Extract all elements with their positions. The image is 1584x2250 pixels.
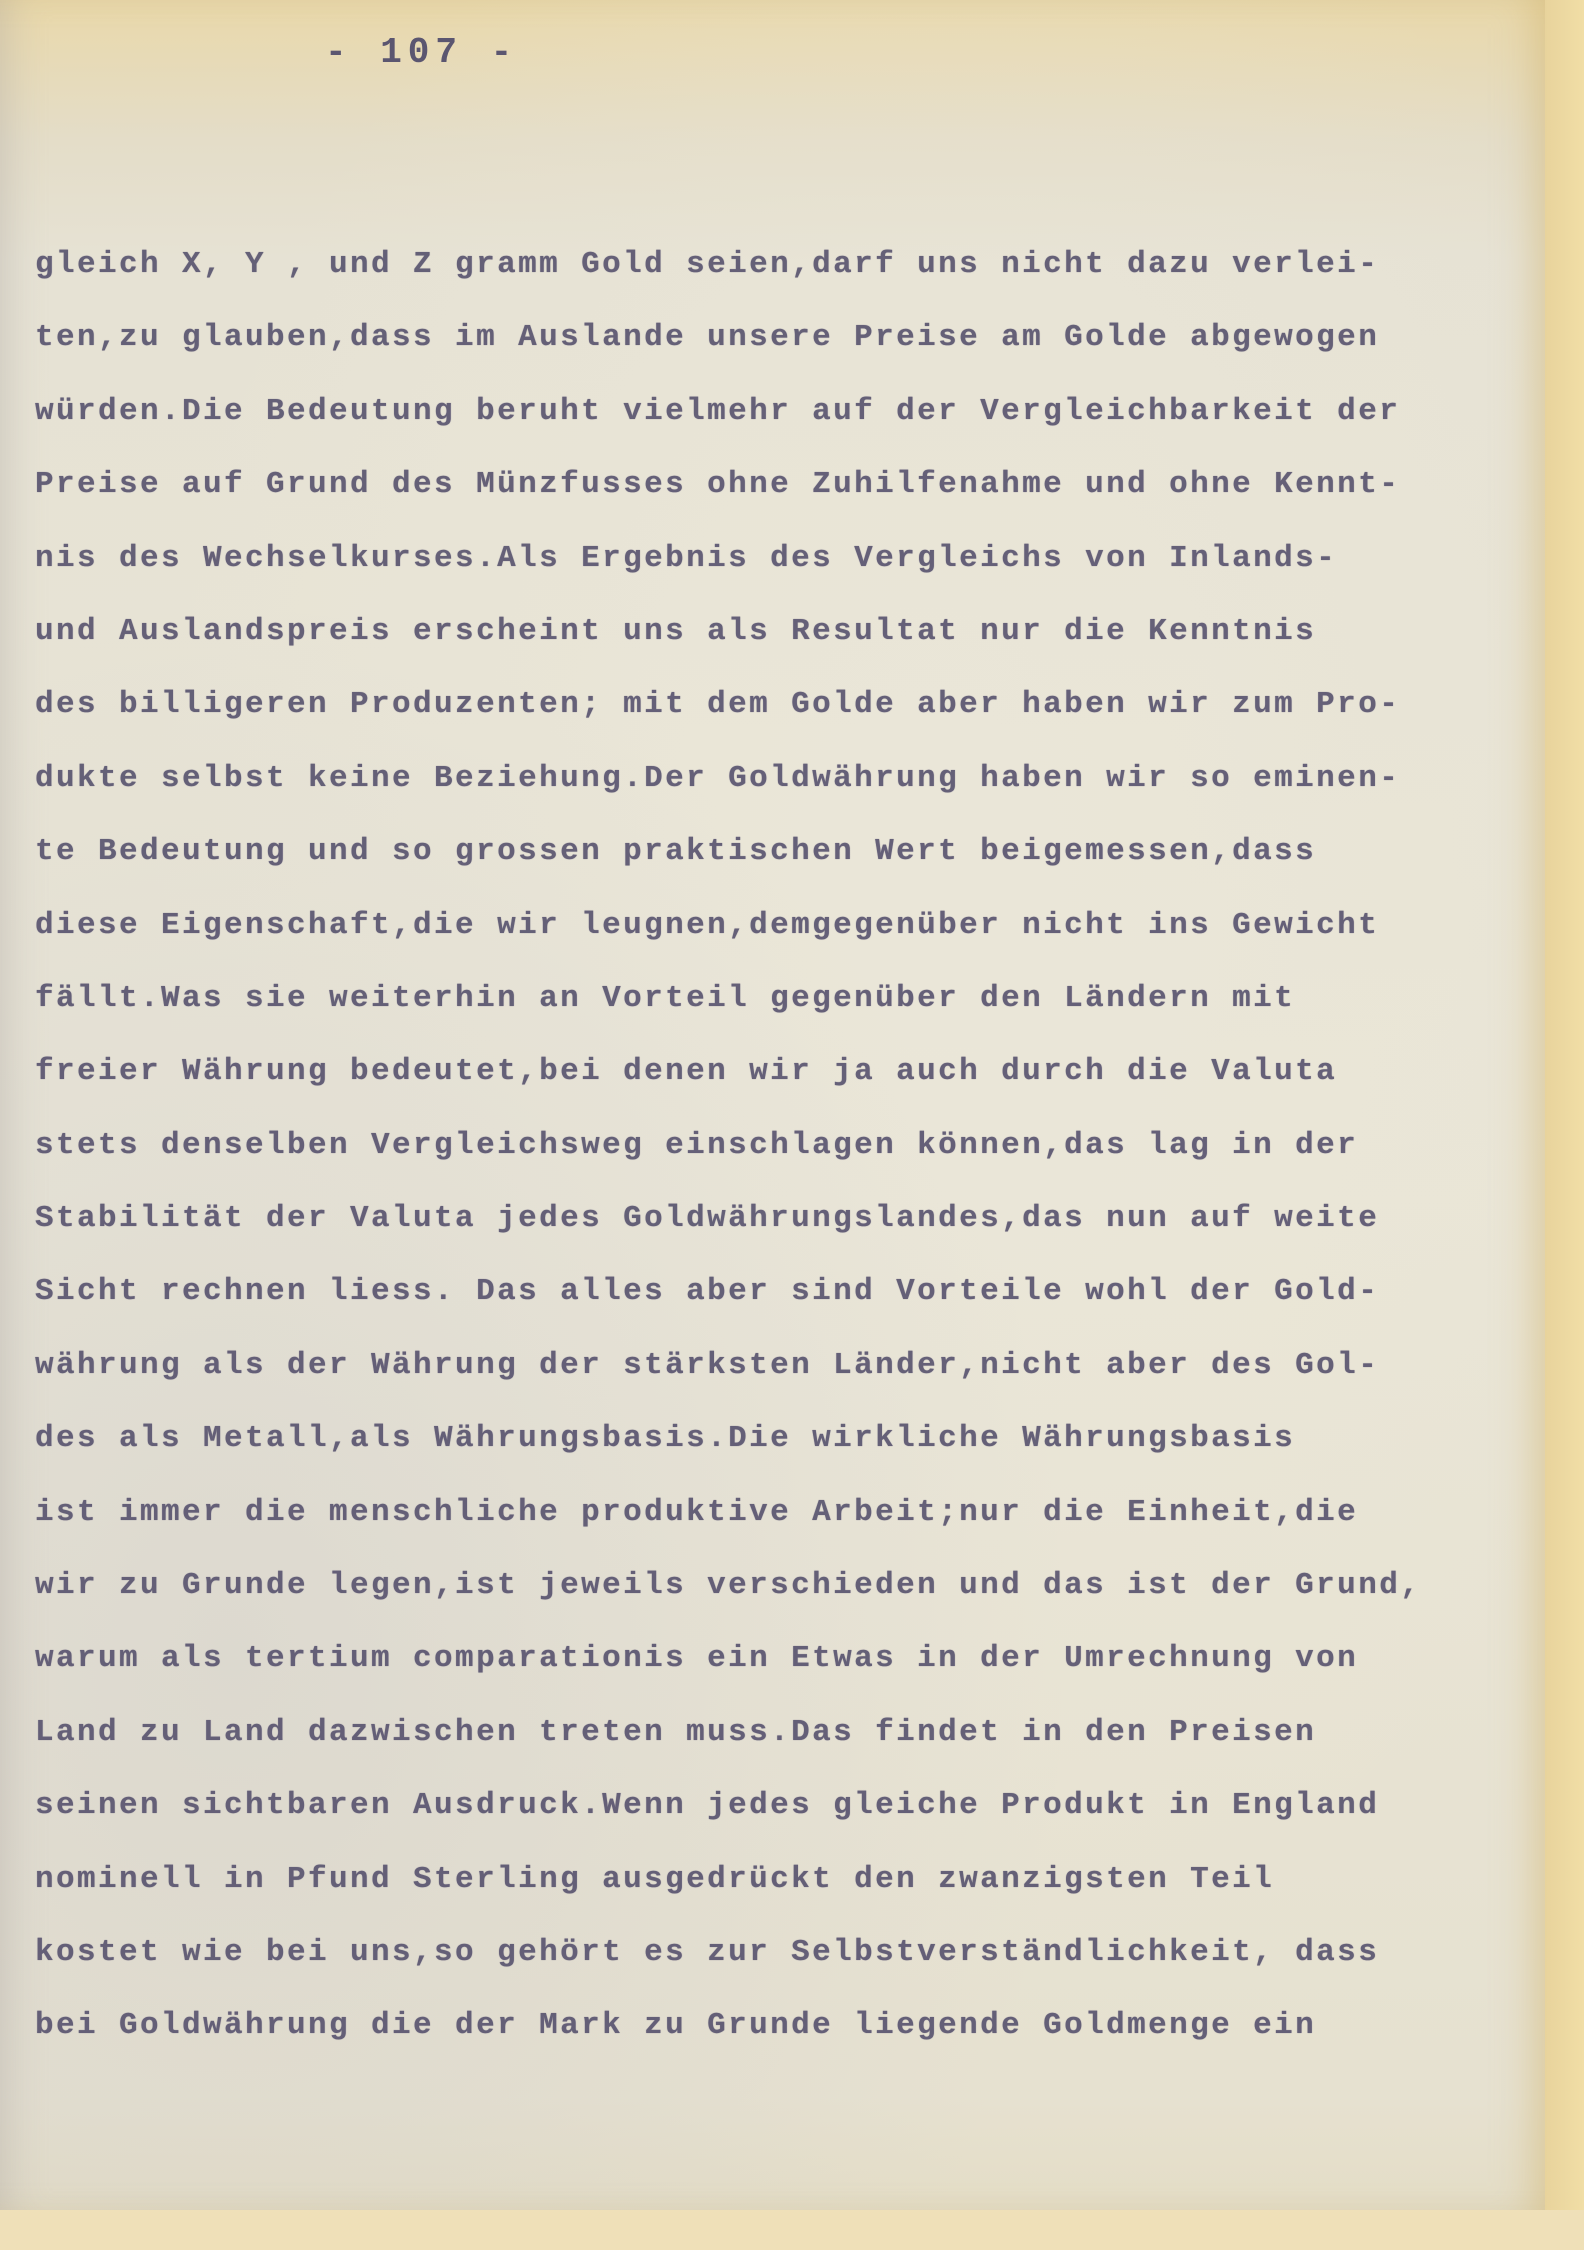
- text-line: diese Eigenschaft,die wir leugnen,demgeg…: [35, 889, 1515, 962]
- text-line: Land zu Land dazwischen treten muss.Das …: [35, 1696, 1515, 1769]
- body-text: gleich X, Y , und Z gramm Gold seien,dar…: [35, 228, 1515, 2063]
- text-line: gleich X, Y , und Z gramm Gold seien,dar…: [35, 228, 1515, 301]
- text-line: nis des Wechselkurses.Als Ergebnis des V…: [35, 522, 1515, 595]
- text-line: nominell in Pfund Sterling ausgedrückt d…: [35, 1843, 1515, 1916]
- text-line: Sicht rechnen liess. Das alles aber sind…: [35, 1255, 1515, 1328]
- text-line: Stabilität der Valuta jedes Goldwährungs…: [35, 1182, 1515, 1255]
- text-line: stets denselben Vergleichsweg einschlage…: [35, 1109, 1515, 1182]
- bottom-margin: [0, 2210, 1584, 2250]
- text-line: te Bedeutung und so grossen praktischen …: [35, 815, 1515, 888]
- typewritten-page: - 107 - gleich X, Y , und Z gramm Gold s…: [0, 0, 1545, 2210]
- text-line: ten,zu glauben,dass im Auslande unsere P…: [35, 301, 1515, 374]
- text-line: Preise auf Grund des Münzfusses ohne Zuh…: [35, 448, 1515, 521]
- text-line: des als Metall,als Währungsbasis.Die wir…: [35, 1402, 1515, 1475]
- text-line: kostet wie bei uns,so gehört es zur Selb…: [35, 1916, 1515, 1989]
- text-line: dukte selbst keine Beziehung.Der Goldwäh…: [35, 742, 1515, 815]
- text-line: und Auslandspreis erscheint uns als Resu…: [35, 595, 1515, 668]
- text-line: würden.Die Bedeutung beruht vielmehr auf…: [35, 375, 1515, 448]
- text-line: des billigeren Produzenten; mit dem Gold…: [35, 668, 1515, 741]
- text-line: seinen sichtbaren Ausdruck.Wenn jedes gl…: [35, 1769, 1515, 1842]
- text-line: freier Währung bedeutet,bei denen wir ja…: [35, 1035, 1515, 1108]
- text-line: bei Goldwährung die der Mark zu Grunde l…: [35, 1989, 1515, 2062]
- text-line: ist immer die menschliche produktive Arb…: [35, 1476, 1515, 1549]
- page-edge-margin: [1545, 0, 1584, 2250]
- text-line: warum als tertium comparationis ein Etwa…: [35, 1622, 1515, 1695]
- text-line: währung als der Währung der stärksten Lä…: [35, 1329, 1515, 1402]
- text-line: fällt.Was sie weiterhin an Vorteil gegen…: [35, 962, 1515, 1035]
- page-number: - 107 -: [325, 32, 518, 73]
- text-line: wir zu Grunde legen,ist jeweils verschie…: [35, 1549, 1515, 1622]
